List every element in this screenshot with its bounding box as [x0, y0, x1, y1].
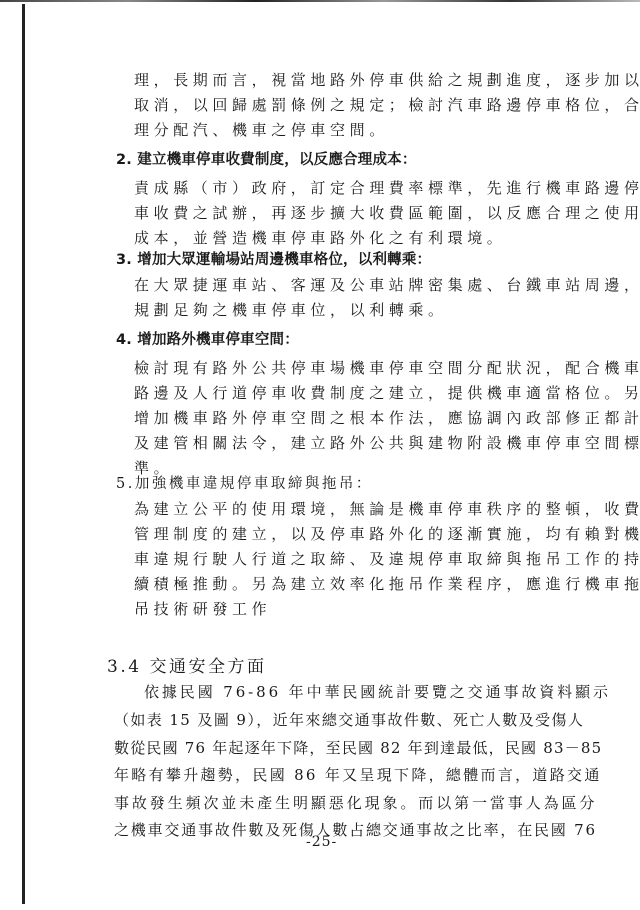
text-line: 路邊及人行道停車收費制度之建立，提供機車適當格位。另 — [134, 383, 640, 403]
text-line: 增加機車路外停車空間之根本作法，應協調內政部修正都計 — [134, 408, 640, 428]
text-line: 在大眾捷運車站、客運及公車站牌密集處、台鐵車站周邊， — [134, 275, 640, 295]
item-heading: 4. 增加路外機車停車空間： — [116, 330, 299, 350]
text-line: 事故發生頻次並未產生明顯惡化現象。而以第一當事人為區分 — [114, 793, 597, 813]
text-line: 續積極推動。另為建立效率化拖吊作業程序，應進行機車拖 — [134, 574, 640, 594]
text-line: 成本，並營造機車停車路外化之有利環境。 — [134, 228, 506, 248]
scan-top-edge — [0, 0, 640, 2]
item-heading: 2. 建立機車停車收費制度，以反應合理成本： — [116, 150, 417, 170]
text-line: 及建管相關法令，建立路外公共與建物附設機車停車空間標 — [134, 433, 640, 453]
text-line: 車違規行駛人行道之取締、及違規停車取締與拖吊工作的持 — [134, 549, 640, 569]
text-line: 車收費之試辦，再逐步擴大收費區範圍，以反應合理之使用 — [134, 203, 640, 223]
text-line: 規劃足夠之機車停車位，以利轉乘。 — [134, 300, 448, 320]
text-line: （如表 15 及圖 9），近年來總交通事故件數、死亡人數及受傷人 — [114, 710, 584, 730]
section-heading: 3.4 交通安全方面 — [107, 657, 266, 677]
item-heading: 3. 增加大眾運輸場站周邊機車格位，以利轉乘： — [116, 250, 431, 270]
text-line: 檢討現有路外公共停車場機車停車空間分配狀況，配合機車 — [134, 358, 640, 378]
page-number: -25- — [306, 832, 337, 852]
text-line: 年略有攀升趨勢，民國 86 年又呈現下降，總體而言，道路交通 — [114, 765, 602, 785]
text-line: 取消，以回歸處罰條例之規定；檢討汽車路邊停車格位，合 — [134, 95, 640, 115]
text-line: 吊技術研發工作 — [134, 599, 271, 619]
text-line: 理分配汽、機車之停車空間。 — [134, 120, 389, 140]
text-line: 責成縣（市）政府，訂定合理費率標準，先進行機車路邊停 — [134, 178, 640, 198]
text-line: 管理制度的建立，以及停車路外化的逐漸實施，均有賴對機 — [134, 524, 640, 544]
text-line: 數從民國 76 年起逐年下降，至民國 82 年到達最低，民國 83－85 — [114, 738, 602, 758]
text-line: 依據民國 76-86 年中華民國統計要覽之交通事故資料顯示 — [144, 682, 611, 702]
text-line: 之機車交通事故件數及死傷人數占總交通事故之比率，在民國 76 — [114, 820, 597, 840]
item-heading: 5.加強機車違規停車取締與拖吊： — [116, 474, 373, 494]
scan-binding-line — [22, 4, 25, 904]
text-line: 為建立公平的使用環境，無論是機車停車秩序的整頓，收費 — [134, 499, 640, 519]
text-line: 理，長期而言，視當地路外停車供給之規劃進度，逐步加以 — [134, 70, 640, 90]
